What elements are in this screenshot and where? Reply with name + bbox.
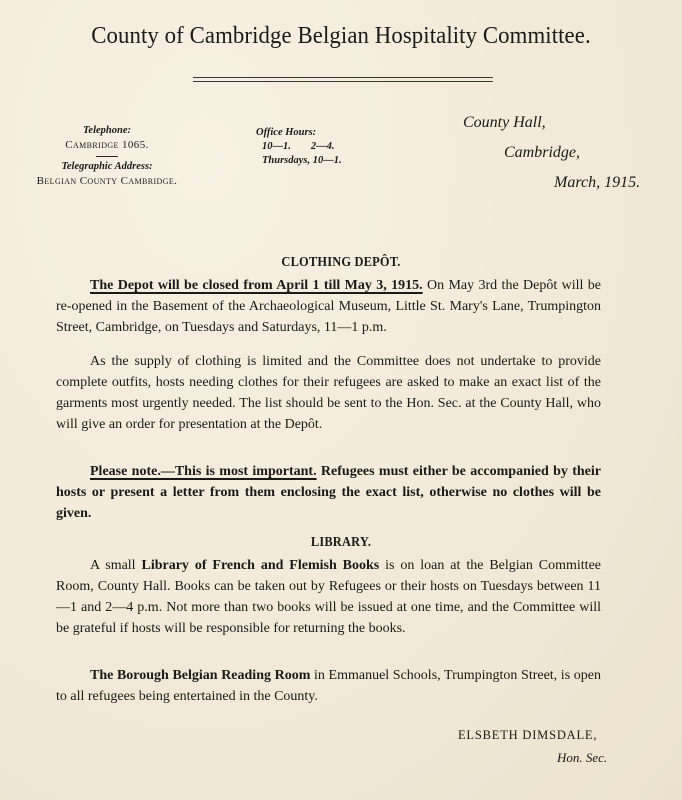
office-hours-afternoon: 2—4. [311, 141, 335, 152]
clothing-depot-heading: CLOTHING DEPÔT. [27, 254, 654, 270]
signatory-role: Hon. Sec. [557, 750, 607, 766]
clothing-paragraph-3: Please note.—This is most important. Ref… [56, 461, 601, 524]
office-hours-label: Office Hours: [256, 126, 342, 140]
library-heading: LIBRARY. [27, 534, 654, 550]
address-line-1: County Hall, [460, 108, 670, 138]
telegraphic-label: Telegraphic Address: [22, 160, 192, 174]
important-note: Please note.—This is most important. [90, 464, 317, 479]
reading-room-name: The Borough Belgian Reading Room [90, 668, 310, 683]
title-double-rule [193, 77, 493, 82]
clothing-paragraph-1: The Depot will be closed from April 1 ti… [56, 275, 601, 338]
telephone-label: Telephone: [22, 124, 192, 138]
document-date: March, 1915. [460, 168, 670, 198]
depot-closure-notice: The Depot will be closed from April 1 ti… [90, 278, 423, 293]
office-hours-morning: 10—1. [262, 141, 291, 152]
office-hours-block: Office Hours: 10—1.2—4. Thursdays, 10—1. [256, 126, 342, 168]
document-page: County of Cambridge Belgian Hospitality … [0, 0, 682, 800]
office-hours-thursdays: Thursdays, 10—1. [256, 154, 342, 168]
address-block: County Hall, Cambridge, March, 1915. [460, 108, 670, 198]
library-name: Library of French and Flemish Books [141, 558, 379, 573]
telegraphic-value: Belgian County Cambridge. [22, 174, 192, 188]
contact-divider [96, 156, 118, 158]
library-paragraph-2: The Borough Belgian Reading Room in Emma… [56, 665, 601, 707]
clothing-paragraph-2: As the supply of clothing is limited and… [56, 351, 601, 435]
contact-block: Telephone: Cambridge 1065. Telegraphic A… [22, 124, 192, 188]
library-paragraph-1: A small Library of French and Flemish Bo… [56, 555, 601, 639]
address-line-2: Cambridge, [460, 138, 670, 168]
telephone-value: Cambridge 1065. [22, 138, 192, 152]
document-title: County of Cambridge Belgian Hospitality … [24, 22, 658, 50]
signatory-name: ELSBETH DIMSDALE, [458, 728, 597, 743]
